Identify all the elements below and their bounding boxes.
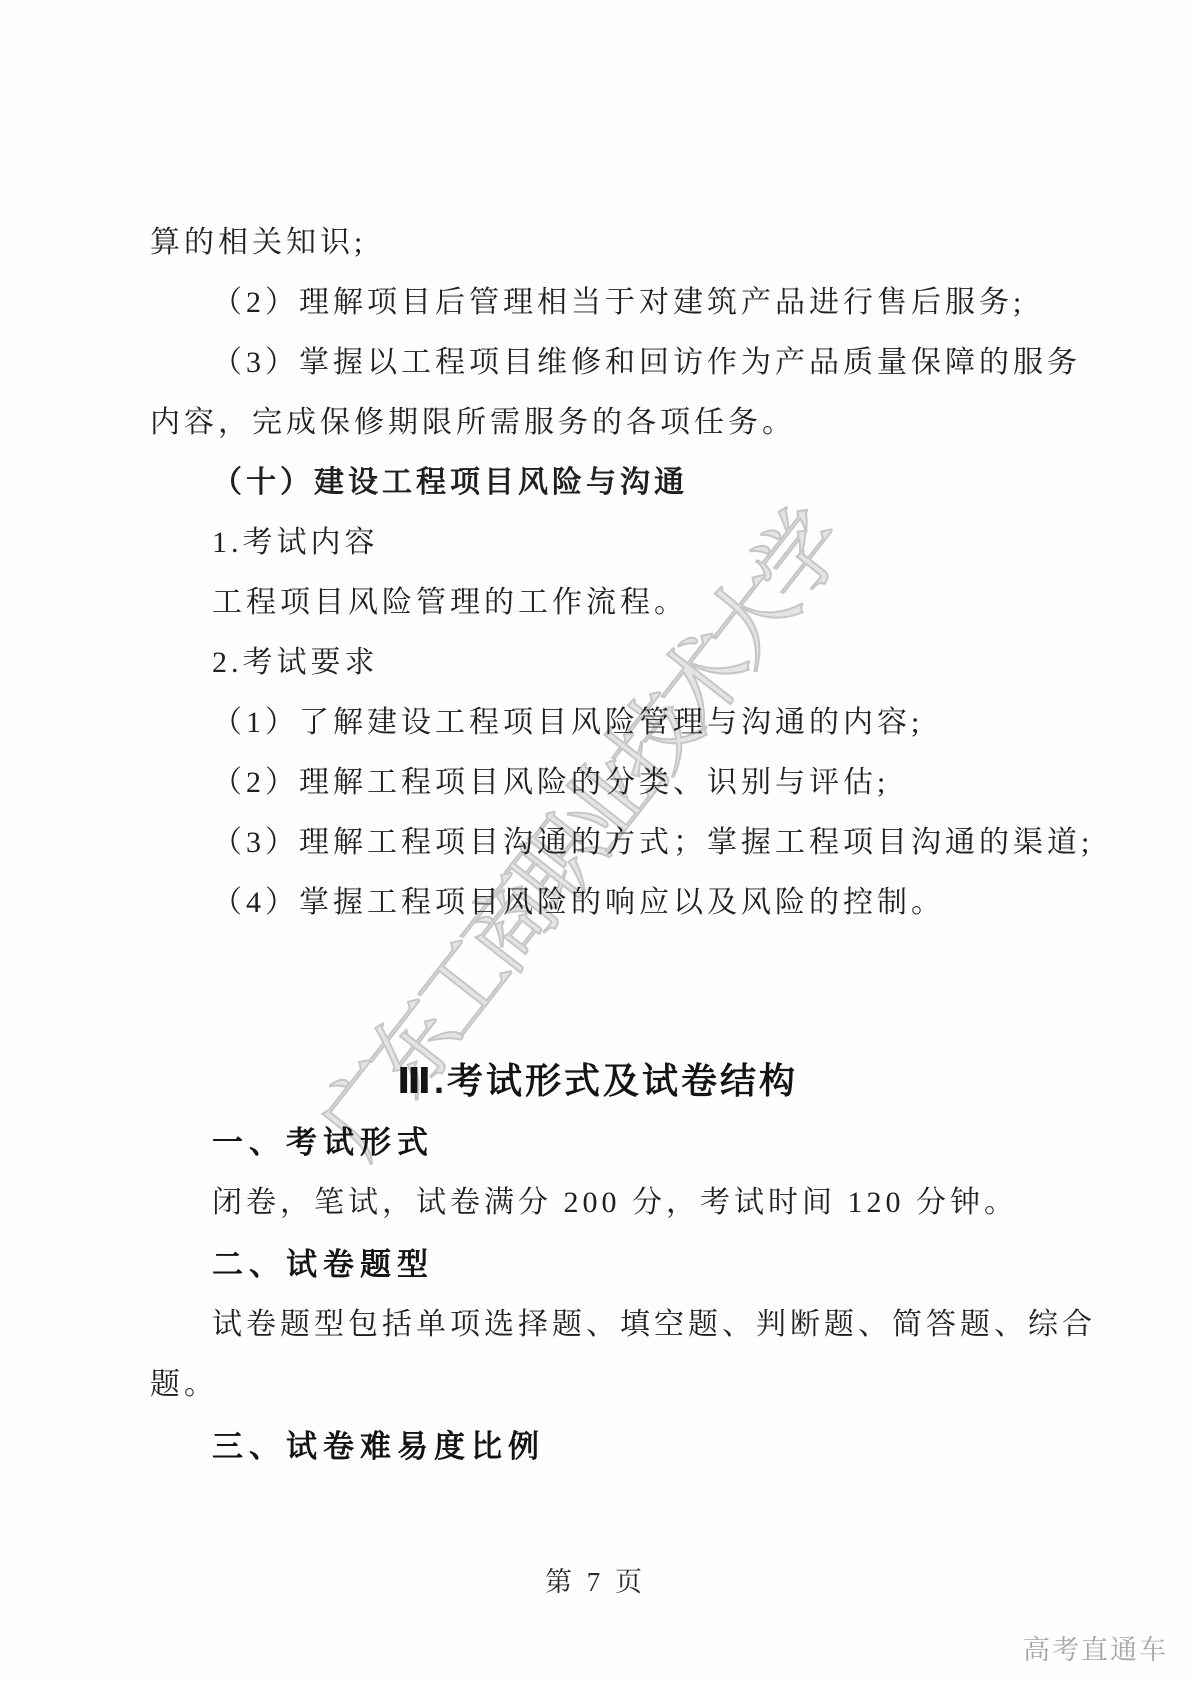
doc-line: （3）理解工程项目沟通的方式；掌握工程项目沟通的渠道; [150,813,1045,873]
doc-line: （3）掌握以工程项目维修和回访作为产品质量保障的服务 [150,333,1045,393]
doc-line: 算的相关知识; [150,213,1045,273]
doc-line: 题。 [150,1355,1045,1415]
document-body: 算的相关知识;（2）理解项目后管理相当于对建筑产品进行售后服务;（3）掌握以工程… [150,0,1045,1477]
doc-line: 内容，完成保修期限所需服务的各项任务。 [150,393,1045,453]
doc-line: 闭卷，笔试，试卷满分 200 分，考试时间 120 分钟。 [150,1173,1045,1233]
page-number: 第 7 页 [0,1560,1191,1599]
doc-line: 一、考试形式 [150,1113,1045,1173]
doc-line: 2.考试要求 [150,633,1045,693]
doc-line: （2）理解工程项目风险的分类、识别与评估; [150,753,1045,813]
doc-line: （1）了解建设工程项目风险管理与沟通的内容; [150,693,1045,753]
document-page: 广东工商职业技术大学 算的相关知识;（2）理解项目后管理相当于对建筑产品进行售后… [0,0,1191,1684]
doc-line: 二、试卷题型 [150,1235,1045,1295]
doc-line: Ⅲ.考试形式及试卷结构 [150,1051,1045,1111]
doc-line: （4）掌握工程项目风险的响应以及风险的控制。 [150,873,1045,933]
brand-watermark: 高考直通车 [1023,1628,1168,1667]
doc-line: 工程项目风险管理的工作流程。 [150,573,1045,633]
doc-line: 三、试卷难易度比例 [150,1417,1045,1477]
doc-line: 1.考试内容 [150,513,1045,573]
doc-line: 试卷题型包括单项选择题、填空题、判断题、简答题、综合 [150,1295,1045,1355]
doc-line: （十）建设工程项目风险与沟通 [150,453,1045,513]
doc-line: （2）理解项目后管理相当于对建筑产品进行售后服务; [150,273,1045,333]
